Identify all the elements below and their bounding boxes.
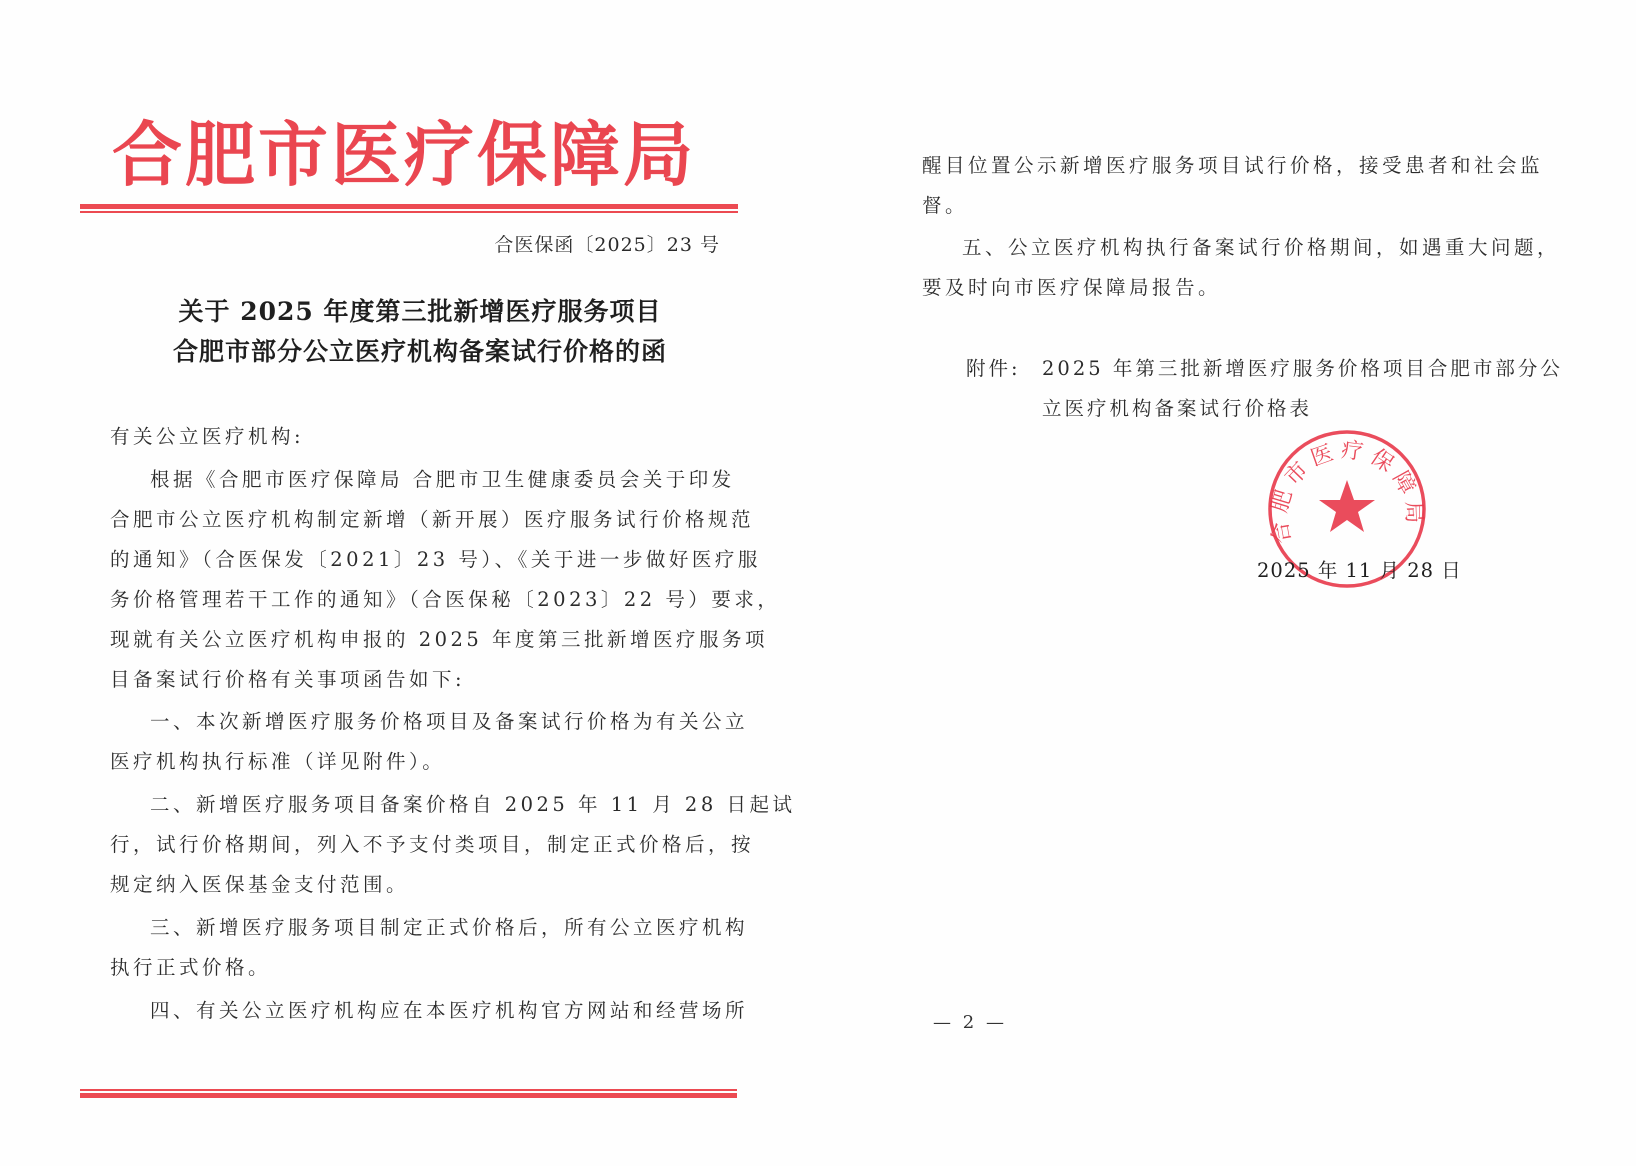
top-red-rule bbox=[80, 204, 738, 213]
attachment-title-line-1: 2025 年第三批新增医疗服务价格项目合肥市部分公 bbox=[1042, 353, 1563, 381]
document-number: 合医保函〔2025〕23 号 bbox=[490, 230, 720, 257]
item-3-line: 三、新增医疗服务项目制定正式价格后，所有公立医疗机构 bbox=[150, 908, 748, 948]
document-title: 关于 2025 年度第三批新增医疗服务项目 合肥市部分公立医疗机构备案试行价格的… bbox=[110, 292, 730, 372]
item-1-line: 医疗机构执行标准（详见附件）。 bbox=[110, 742, 445, 782]
attachment-title-line-2: 立医疗机构备案试行价格表 bbox=[1042, 393, 1312, 421]
body-line: 务价格管理若干工作的通知》（合医保秘〔2023〕22 号）要求， bbox=[110, 580, 780, 620]
bottom-red-rule bbox=[80, 1089, 737, 1098]
body-line: 督。 bbox=[922, 186, 968, 226]
salutation: 有关公立医疗机构: bbox=[110, 417, 304, 457]
body-line: 合肥市公立医疗机构制定新增（新开展）医疗服务试行价格规范 bbox=[110, 500, 754, 540]
item-3-line: 执行正式价格。 bbox=[110, 948, 271, 988]
title-line-2: 合肥市部分公立医疗机构备案试行价格的函 bbox=[110, 332, 730, 372]
attachment-label: 附件: bbox=[966, 353, 1021, 381]
item-2-line: 二、新增医疗服务项目备案价格自 2025 年 11 月 28 日起试 bbox=[150, 785, 795, 825]
body-line: 目备案试行价格有关事项函告如下: bbox=[110, 660, 465, 700]
document-page: 合肥市医疗保障局 合医保函〔2025〕23 号 关于 2025 年度第三批新增医… bbox=[0, 0, 1636, 1166]
body-line: 醒目位置公示新增医疗服务项目试行价格，接受患者和社会监 bbox=[922, 146, 1543, 186]
item-5-line: 五、公立医疗机构执行备案试行价格期间，如遇重大问题， bbox=[962, 228, 1560, 268]
page-number: — 2 — bbox=[930, 1012, 1010, 1033]
item-5-line: 要及时向市医疗保障局报告。 bbox=[922, 268, 1221, 308]
body-line: 的通知》（合医保发〔2021〕23 号）、《关于进一步做好医疗服 bbox=[110, 540, 761, 580]
item-4-line: 四、有关公立医疗机构应在本医疗机构官方网站和经营场所 bbox=[150, 991, 748, 1031]
star-icon bbox=[1319, 480, 1375, 532]
body-line: 现就有关公立医疗机构申报的 2025 年度第三批新增医疗服务项 bbox=[110, 620, 768, 660]
item-2-line: 行，试行价格期间，列入不予支付类项目，制定正式价格后，按 bbox=[110, 825, 754, 865]
issue-date: 2025 年 11 月 28 日 bbox=[1257, 555, 1462, 583]
agency-masthead: 合肥市医疗保障局 bbox=[112, 110, 712, 200]
item-2-line: 规定纳入医保基金支付范围。 bbox=[110, 865, 409, 905]
title-line-1: 关于 2025 年度第三批新增医疗服务项目 bbox=[110, 292, 730, 332]
body-line: 根据《合肥市医疗保障局 合肥市卫生健康委员会关于印发 bbox=[150, 460, 735, 500]
item-1-line: 一、本次新增医疗服务价格项目及备案试行价格为有关公立 bbox=[150, 702, 748, 742]
